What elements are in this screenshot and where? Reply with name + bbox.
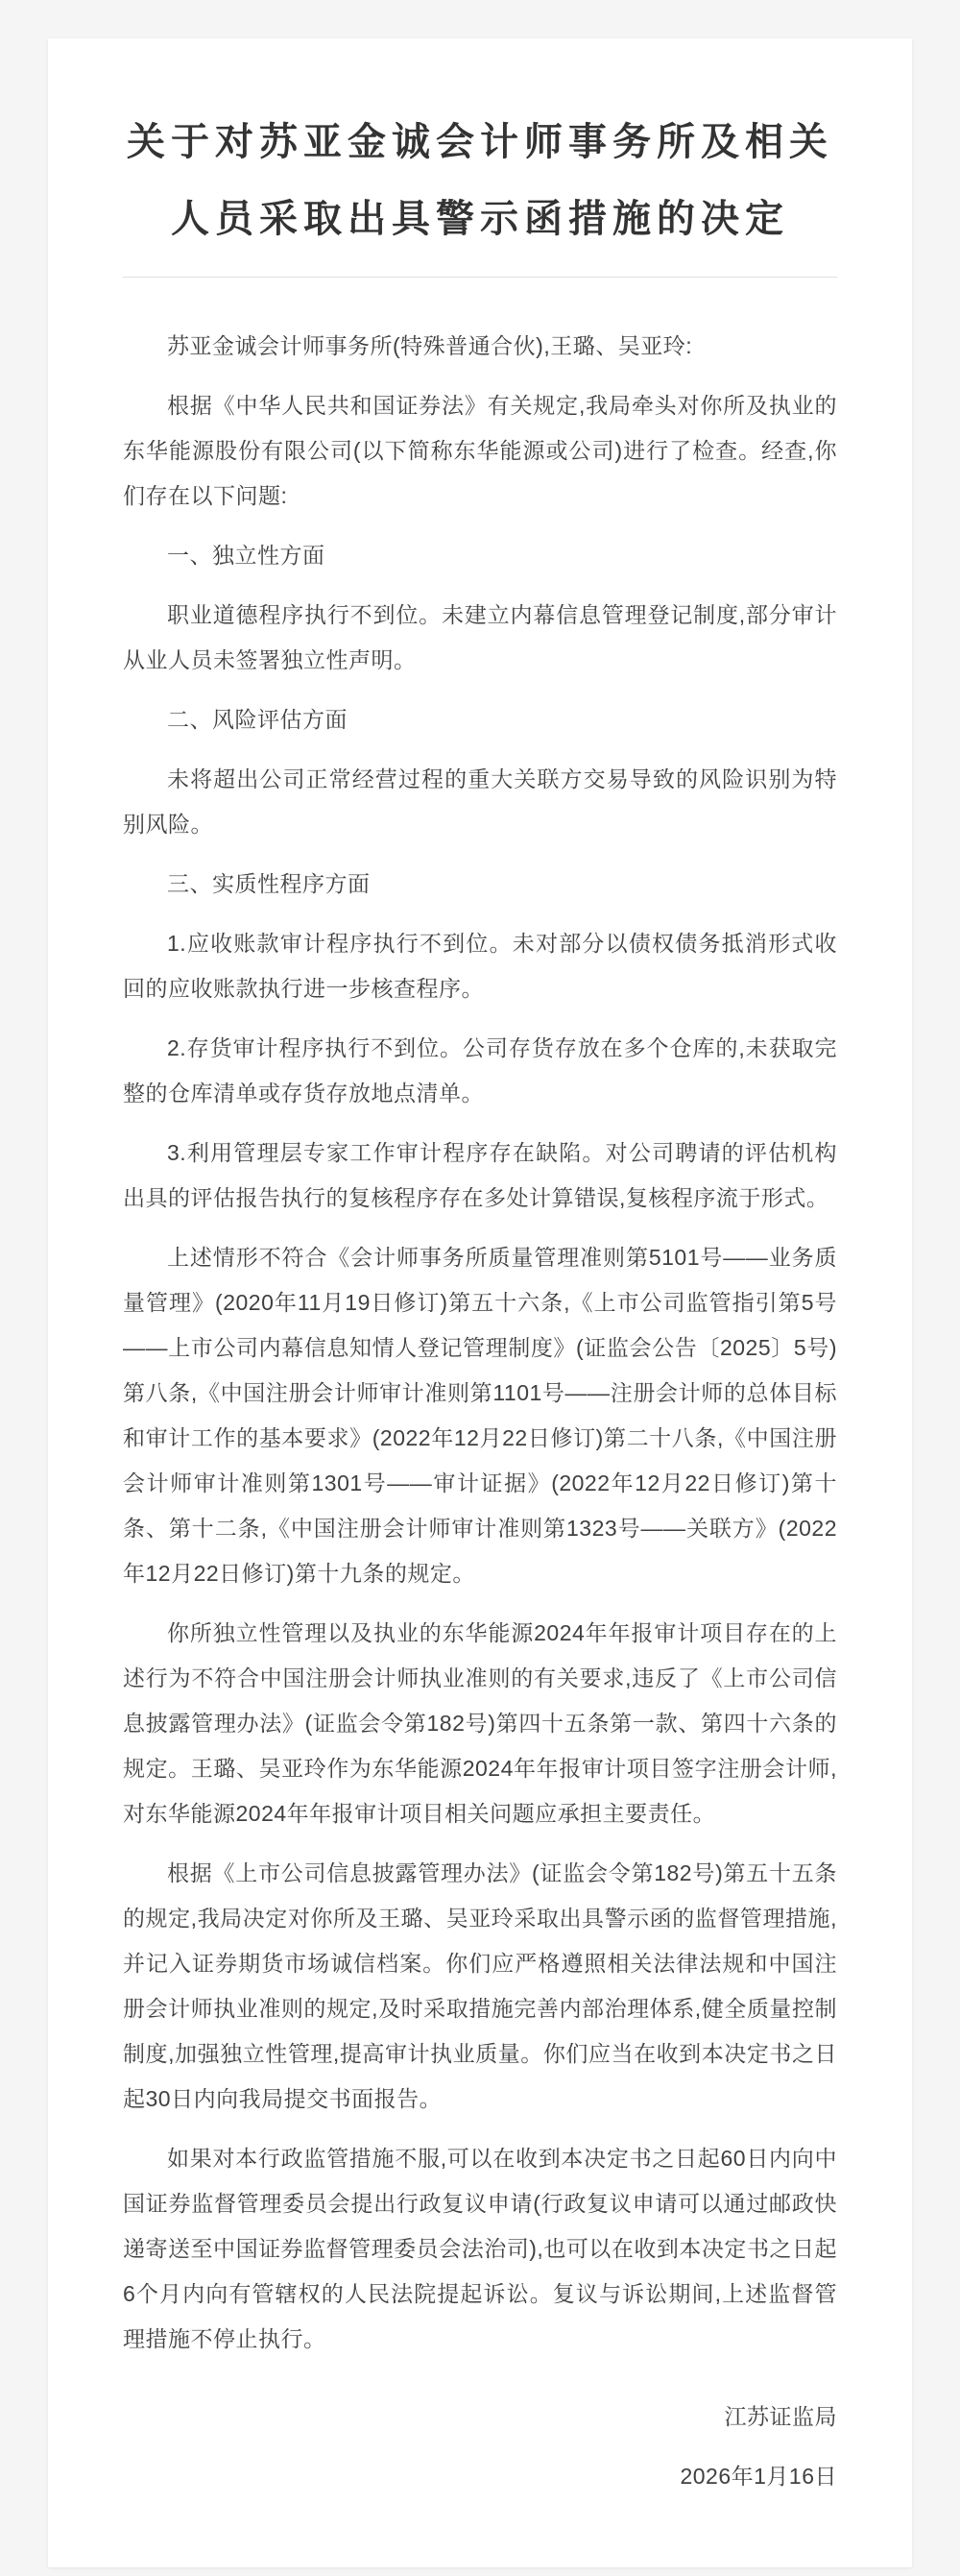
section-heading-risk-assessment: 二、风险评估方面 xyxy=(123,697,837,742)
paragraph-responsibility: 你所独立性管理以及执业的东华能源2024年年报审计项目存在的上述行为不符合中国注… xyxy=(123,1611,837,1836)
section-heading-substantive-procedures: 三、实质性程序方面 xyxy=(123,862,837,907)
document-title: 关于对苏亚金诚会计师事务所及相关人员采取出具警示函措施的决定 xyxy=(123,104,837,257)
paragraph-issue-expert-work: 3.利用管理层专家工作审计程序存在缺陷。对公司聘请的评估机构出具的评估报告执行的… xyxy=(123,1130,837,1221)
document-title-line-2: 人员采取出具警示函措施的决定 xyxy=(123,181,837,257)
document-card: 关于对苏亚金诚会计师事务所及相关人员采取出具警示函措施的决定 苏亚金诚会计师事务… xyxy=(48,38,912,2567)
issue-date: 2026年1月16日 xyxy=(123,2454,837,2499)
salutation: 苏亚金诚会计师事务所(特殊普通合伙),王璐、吴亚玲: xyxy=(123,324,837,369)
paragraph-risk-assessment-issue: 未将超出公司正常经营过程的重大关联方交易导致的风险识别为特别风险。 xyxy=(123,757,837,847)
document-body: 苏亚金诚会计师事务所(特殊普通合伙),王璐、吴亚玲: 根据《中华人民共和国证券法… xyxy=(123,324,837,2499)
page: 关于对苏亚金诚会计师事务所及相关人员采取出具警示函措施的决定 苏亚金诚会计师事务… xyxy=(0,38,960,2567)
document-title-line-1: 关于对苏亚金诚会计师事务所及相关 xyxy=(123,104,837,181)
paragraph-violated-standards: 上述情形不符合《会计师事务所质量管理准则第5101号——业务质量管理》(2020… xyxy=(123,1235,837,1596)
title-divider xyxy=(123,277,837,278)
paragraph-issue-receivables: 1.应收账款审计程序执行不到位。未对部分以债权债务抵消形式收回的应收账款执行进一… xyxy=(123,921,837,1011)
paragraph-independence-issue: 职业道德程序执行不到位。未建立内幕信息管理登记制度,部分审计从业人员未签署独立性… xyxy=(123,593,837,683)
paragraph-appeal-rights: 如果对本行政监管措施不服,可以在收到本决定书之日起60日内向中国证券监督管理委员… xyxy=(123,2136,837,2362)
paragraph-issue-inventory: 2.存货审计程序执行不到位。公司存货存放在多个仓库的,未获取完整的仓库清单或存货… xyxy=(123,1026,837,1116)
section-heading-independence: 一、独立性方面 xyxy=(123,533,837,578)
paragraph-basis-of-inspection: 根据《中华人民共和国证券法》有关规定,我局牵头对你所及执业的东华能源股份有限公司… xyxy=(123,383,837,519)
issuer-signature: 江苏证监局 xyxy=(123,2394,837,2440)
paragraph-decision-measures: 根据《上市公司信息披露管理办法》(证监会令第182号)第五十五条的规定,我局决定… xyxy=(123,1851,837,2122)
